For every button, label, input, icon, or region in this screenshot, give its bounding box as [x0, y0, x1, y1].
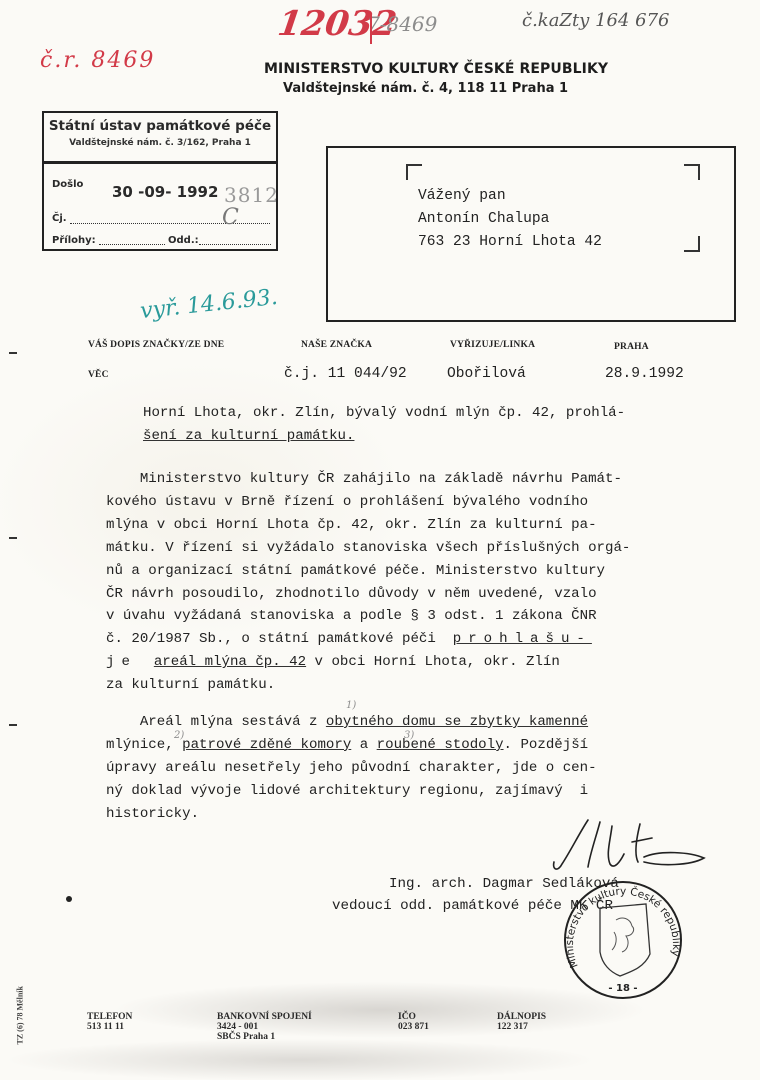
p1-line-8: č. 20/1987 Sb., o státní památkové péči …	[106, 628, 630, 651]
received-date: 30 -09- 1992	[112, 183, 218, 201]
stamp-address: Valdštejnské nám. č. 3/162, Praha 1	[44, 134, 276, 148]
footer-label: BANKOVNÍ SPOJENÍ	[217, 1012, 312, 1022]
footer-value: 3424 - 001	[217, 1022, 312, 1032]
footer-label: DÁLNOPIS	[497, 1012, 546, 1022]
ref-label: Čj.	[52, 213, 67, 224]
p1-line: Ministerstvo kultury ČR zahájilo na zákl…	[106, 468, 630, 491]
received-label: Došlo	[52, 179, 83, 190]
declaration-word-part1: prohlašu-	[453, 631, 592, 647]
recipient-address: 763 23 Horní Lhota 42	[418, 234, 602, 250]
place-label: PRAHA	[614, 342, 649, 352]
footer-value: 023 871	[398, 1022, 429, 1032]
p2-text: Areál mlýna sestává z	[106, 714, 326, 730]
paragraph-2: Areál mlýna sestává z obytného domu se z…	[106, 711, 597, 826]
handwritten-left-ref: č.r. 8469	[40, 48, 155, 73]
p1-line-9: je areál mlýna čp. 42 v obci Horní Lhota…	[106, 651, 630, 674]
p1-line-9-rest: v obci Horní Lhota, okr. Zlín	[306, 654, 560, 670]
seal-number: - 18 -	[608, 983, 637, 994]
p2-line-5: historicky.	[106, 803, 597, 826]
p2-item-barn: roubené stodoly	[377, 737, 504, 753]
p2-line-4: ný doklad vývoje lidové architektury reg…	[106, 780, 597, 803]
annotation-1: 1)	[346, 700, 356, 711]
handled-by-label: VYŘIZUJE/LINKA	[450, 340, 535, 350]
ref-dotted-line	[70, 223, 270, 224]
seal-text: Ministerstvo kultury České republiky	[564, 885, 682, 970]
our-ref-value: č.j. 11 044/92	[284, 366, 407, 382]
handled-by-value: Obořilová	[447, 366, 526, 382]
subject-line-2: šení za kulturní památku.	[143, 425, 354, 448]
recipient-name: Antonín Chalupa	[418, 211, 549, 227]
footer-ico: IČO 023 871	[398, 1012, 429, 1032]
official-seal: Ministerstvo kultury České republiky - 1…	[558, 878, 688, 1000]
annotation-3: 3)	[404, 730, 414, 741]
p1-line: nů a organizací státní památkové péče. M…	[106, 560, 630, 583]
ministry-title: MINISTERSTVO KULTURY ČESKÉ REPUBLIKY	[264, 61, 608, 77]
p1-line: v úvahu vyžádaná stanoviska a podle § 3 …	[106, 605, 630, 628]
handwritten-ref-grey: 7-8469	[367, 12, 437, 36]
handwritten-resolved-note: vyř. 14.6.93.	[139, 285, 279, 324]
signature-scribble	[540, 812, 710, 882]
svg-text:Ministerstvo kultury České rep: Ministerstvo kultury České republiky	[564, 885, 682, 970]
p2-text: mlýnice,	[106, 737, 182, 753]
p1-line: mlýna v obci Horní Lhota čp. 42, okr. Zl…	[106, 514, 630, 537]
letter-date: 28.9.1992	[605, 366, 684, 382]
print-code: TZ (6) 78 Mělník	[16, 965, 25, 1045]
p1-line-10: za kulturní památku.	[106, 674, 630, 697]
p2-item-chamber: patrové zděné komory	[182, 737, 351, 753]
p1-line-8-start: č. 20/1987 Sb., o státní památkové péči	[106, 631, 453, 647]
footer-value: 122 317	[497, 1022, 546, 1032]
registry-number: 3812	[224, 183, 279, 207]
p1-line: mátku. V řízení si vyžádalo stanoviska v…	[106, 537, 630, 560]
your-letter-label: VÁŠ DOPIS ZNAČKY/ZE DNE	[88, 340, 224, 350]
ministry-address: Valdštejnské nám. č. 4, 118 11 Praha 1	[283, 81, 568, 96]
footer-bank: BANKOVNÍ SPOJENÍ 3424 - 001 SBČS Praha 1	[217, 1012, 312, 1042]
footer-telephone: TELEFON 513 11 11	[87, 1012, 132, 1032]
stamp-institution: Státní ústav památkové péče	[44, 113, 276, 134]
subject-label: VĚC	[88, 370, 109, 380]
footer-label: IČO	[398, 1012, 429, 1022]
declared-object: areál mlýna čp. 42	[154, 654, 306, 670]
p2-item-house: obytného domu se zbytky kamenné	[326, 714, 588, 730]
our-ref-label: NAŠE ZNAČKA	[301, 340, 372, 350]
footer-telex: DÁLNOPIS 122 317	[497, 1012, 546, 1032]
footer-value: 513 11 11	[87, 1022, 132, 1032]
footer-label: TELEFON	[87, 1012, 132, 1022]
paragraph-1: Ministerstvo kultury ČR zahájilo na zákl…	[106, 468, 630, 697]
p1-line: ČR návrh posoudilo, zhodnotilo důvody v …	[106, 583, 630, 606]
annotation-2: 2)	[174, 730, 184, 741]
declaration-word-part2: je	[106, 654, 137, 670]
received-stamp: Státní ústav památkové péče Valdštejnské…	[42, 111, 278, 251]
footer-value-2: SBČS Praha 1	[217, 1032, 312, 1042]
fold-mark	[9, 724, 17, 726]
corner-mark-br	[684, 236, 700, 252]
attachments-dotted-line	[99, 244, 165, 245]
department-dotted-line	[199, 244, 271, 245]
subject-line-1: Horní Lhota, okr. Zlín, bývalý vodní mlý…	[143, 402, 625, 425]
fold-mark	[9, 537, 17, 539]
p2-text: . Pozdější	[504, 737, 589, 753]
punch-dot	[66, 896, 72, 902]
p1-line: kového ústavu v Brně řízení o prohlášení…	[106, 491, 630, 514]
document-page: 12032 7-8469 č.kaZty 164 676 č.r. 8469 M…	[0, 0, 760, 1080]
p2-text: a	[351, 737, 376, 753]
handwritten-mark: C	[222, 205, 239, 230]
corner-mark-tl	[406, 164, 422, 180]
department-label: Odd.:	[168, 235, 199, 246]
handwritten-catalog-note: č.kaZty 164 676	[522, 10, 670, 31]
attachments-label: Přílohy:	[52, 235, 96, 246]
fold-mark	[9, 352, 17, 354]
handwritten-slash	[370, 14, 372, 44]
recipient-salutation: Vážený pan	[418, 188, 506, 204]
p2-line-3: úpravy areálu nesetřely jeho původní cha…	[106, 757, 597, 780]
recipient-address-box: Vážený pan Antonín Chalupa 763 23 Horní …	[326, 146, 736, 322]
corner-mark-tr	[684, 164, 700, 180]
